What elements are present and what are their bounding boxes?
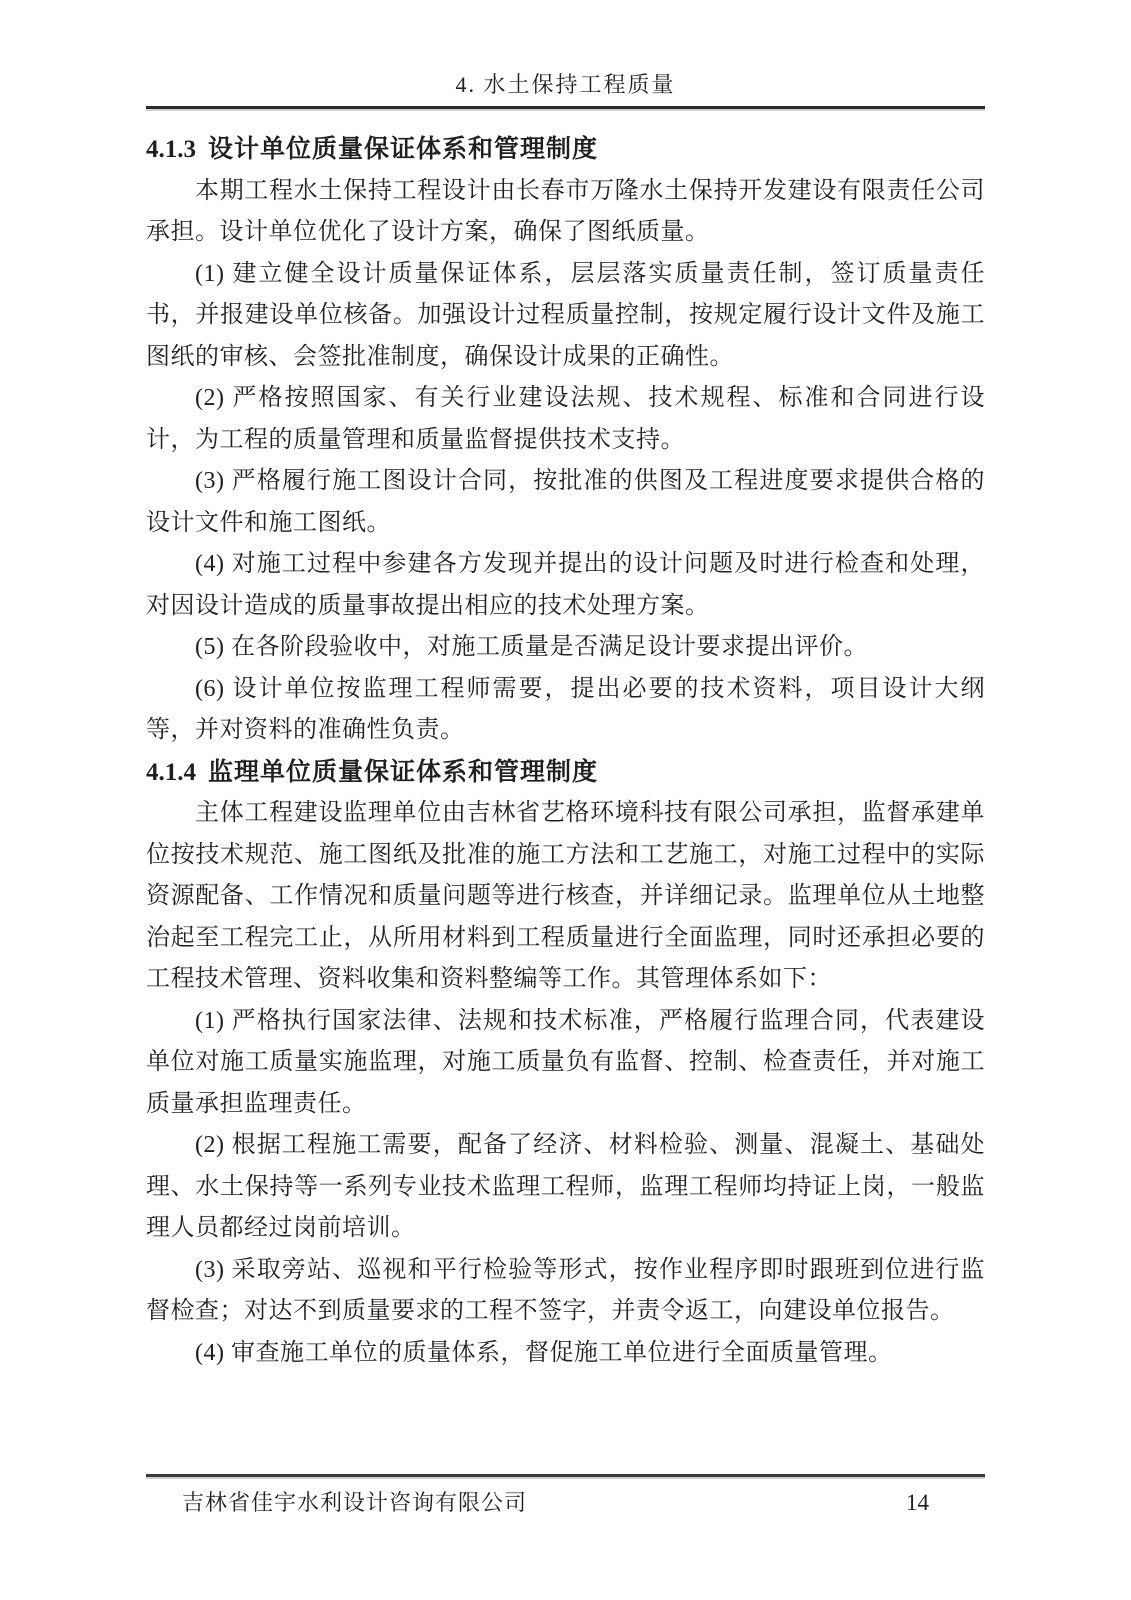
section-heading-4-1-4: 4.1.4监理单位质量保证体系和管理制度 bbox=[146, 752, 985, 794]
paragraph: (4) 对施工过程中参建各方发现并提出的设计问题及时进行检查和处理，对因设计造成… bbox=[146, 544, 985, 627]
header-chapter-title: 4. 水土保持工程质量 bbox=[146, 72, 985, 98]
paragraph: (1) 严格执行国家法律、法规和技术标准，严格履行监理合同，代表建设单位对施工质… bbox=[146, 1001, 985, 1126]
paragraph: (3) 严格履行施工图设计合同，按批准的供图及工程进度要求提供合格的设计文件和施… bbox=[146, 461, 985, 544]
page-footer: 吉林省佳宇水利设计咨询有限公司 14 bbox=[146, 1474, 985, 1517]
header-rule bbox=[146, 106, 985, 109]
paragraph: (3) 采取旁站、巡视和平行检验等形式，按作业程序即时跟班到位进行监督检查；对达… bbox=[146, 1250, 985, 1333]
paragraph: (1) 建立健全设计质量保证体系，层层落实质量责任制，签订质量责任书，并报建设单… bbox=[146, 254, 985, 379]
document-body: 4.1.3设计单位质量保证体系和管理制度 本期工程水土保持工程设计由长春市万隆水… bbox=[146, 129, 985, 1374]
section-title: 设计单位质量保证体系和管理制度 bbox=[208, 136, 598, 163]
section-heading-4-1-3: 4.1.3设计单位质量保证体系和管理制度 bbox=[146, 129, 985, 171]
page-number: 14 bbox=[906, 1490, 985, 1516]
paragraph: 本期工程水土保持工程设计由长春市万隆水土保持开发建设有限责任公司承担。设计单位优… bbox=[146, 171, 985, 254]
footer-company-name: 吉林省佳宇水利设计咨询有限公司 bbox=[146, 1486, 527, 1517]
paragraph: (2) 根据工程施工需要，配备了经济、材料检验、测量、混凝土、基础处理、水土保持… bbox=[146, 1125, 985, 1250]
document-page: 4. 水土保持工程质量 4.1.3设计单位质量保证体系和管理制度 本期工程水土保… bbox=[0, 0, 1131, 1600]
page-header: 4. 水土保持工程质量 bbox=[146, 72, 985, 109]
section-number: 4.1.3 bbox=[146, 136, 196, 163]
paragraph: (5) 在各阶段验收中，对施工质量是否满足设计要求提出评价。 bbox=[146, 627, 985, 669]
paragraph: (4) 审查施工单位的质量体系，督促施工单位进行全面质量管理。 bbox=[146, 1333, 985, 1375]
section-number: 4.1.4 bbox=[146, 759, 196, 786]
paragraph: (2) 严格按照国家、有关行业建设法规、技术规程、标准和合同进行设计，为工程的质… bbox=[146, 378, 985, 461]
paragraph: 主体工程建设监理单位由吉林省艺格环境科技有限公司承担，监督承建单位按技术规范、施… bbox=[146, 793, 985, 1001]
paragraph: (6) 设计单位按监理工程师需要，提出必要的技术资料，项目设计大纲等，并对资料的… bbox=[146, 669, 985, 752]
footer-row: 吉林省佳宇水利设计咨询有限公司 14 bbox=[146, 1477, 985, 1517]
section-title: 监理单位质量保证体系和管理制度 bbox=[208, 759, 598, 786]
